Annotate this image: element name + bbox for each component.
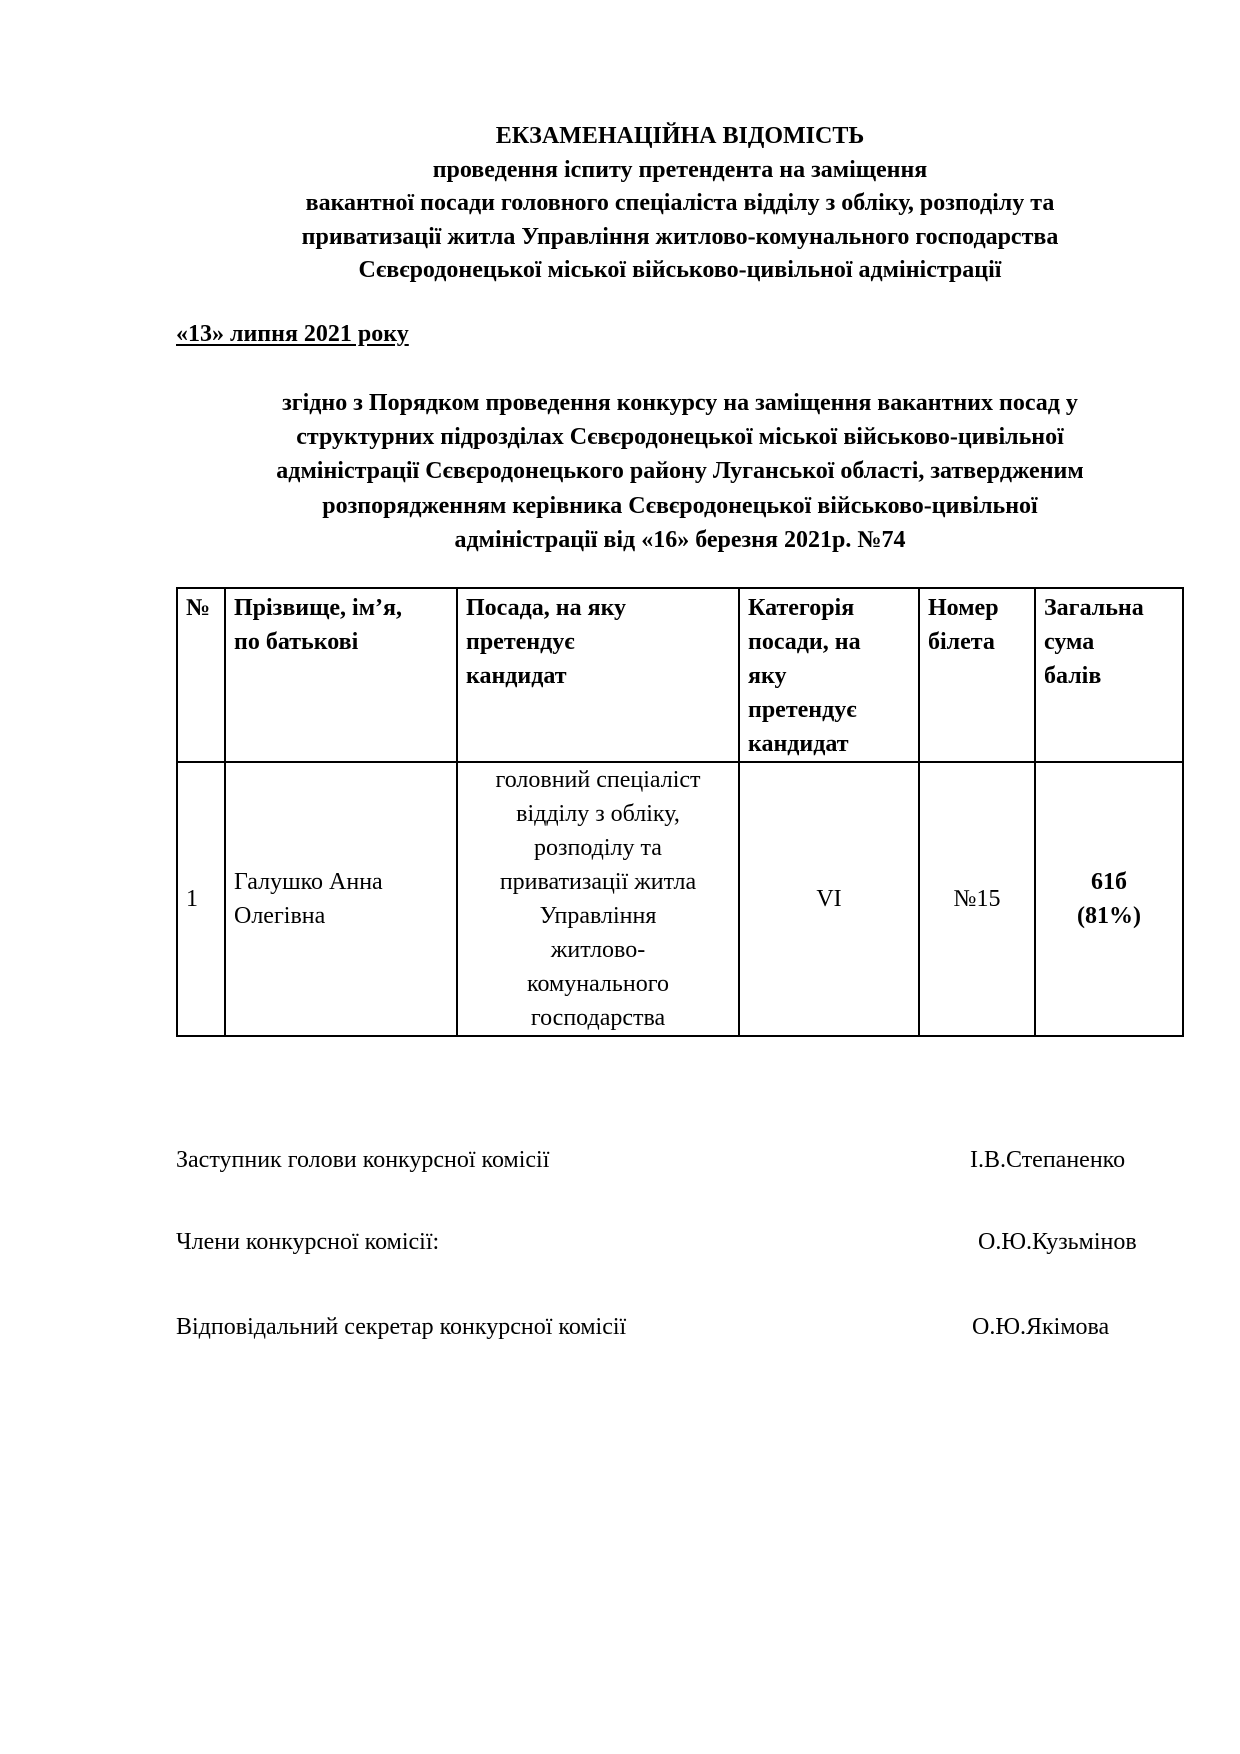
title-heading: ЕКЗАМЕНАЦІЙНА ВІДОМІСТЬ xyxy=(160,120,1200,154)
cell-text: приватизації житла xyxy=(466,865,730,899)
cell-position: головний спеціаліст відділу з обліку, ро… xyxy=(457,762,739,1036)
document-date: «13» липня 2021 року xyxy=(176,321,409,348)
basis-line: адміністрації Сєвєродонецького району Лу… xyxy=(160,454,1200,488)
cell-number: 1 xyxy=(177,762,225,1036)
cell-text: господарства xyxy=(466,1001,730,1035)
signature-name: І.В.Степаненко xyxy=(970,1147,1125,1174)
cell-full-name: Галушко Анна Олегівна xyxy=(225,762,457,1036)
header-total-score: Загальна сума балів xyxy=(1035,588,1183,762)
basis-line: згідно з Порядком проведення конкурсу на… xyxy=(160,386,1200,420)
basis-line: структурних підрозділах Сєвєродонецької … xyxy=(160,420,1200,454)
title-line: вакантної посади головного спеціаліста в… xyxy=(160,187,1200,221)
signature-role: Заступник голови конкурсної комісії xyxy=(176,1147,549,1174)
header-text: кандидат xyxy=(748,727,910,761)
header-text: сума xyxy=(1044,625,1174,659)
title-line: приватизації житла Управління житлово-ко… xyxy=(160,221,1200,255)
cell-text: (81%) xyxy=(1044,899,1174,933)
header-ticket: Номер білета xyxy=(919,588,1035,762)
cell-total-score: 61б (81%) xyxy=(1035,762,1183,1036)
cell-text: відділу з обліку, xyxy=(466,797,730,831)
cell-text: головний спеціаліст xyxy=(466,763,730,797)
signature-role: Члени конкурсної комісії: xyxy=(176,1229,439,1256)
table-header-row: № Прізвище, ім’я, по батькові Посада, на… xyxy=(177,588,1183,762)
header-text: посади, на xyxy=(748,625,910,659)
header-text: Загальна xyxy=(1044,591,1174,625)
cell-text: Галушко Анна xyxy=(234,865,448,899)
document-title: ЕКЗАМЕНАЦІЙНА ВІДОМІСТЬ проведення іспит… xyxy=(160,120,1200,288)
header-text: яку xyxy=(748,659,910,693)
title-line: проведення іспиту претендента на заміщен… xyxy=(160,154,1200,188)
cell-category: VI xyxy=(739,762,919,1036)
cell-text: житлово- xyxy=(466,933,730,967)
header-text: кандидат xyxy=(466,659,730,693)
header-text: претендує xyxy=(748,693,910,727)
results-table: № Прізвище, ім’я, по батькові Посада, на… xyxy=(176,587,1184,1037)
header-text: претендує xyxy=(466,625,730,659)
header-position: Посада, на яку претендує кандидат xyxy=(457,588,739,762)
header-text: білета xyxy=(928,625,1026,659)
table-row: 1 Галушко Анна Олегівна головний спеціал… xyxy=(177,762,1183,1036)
header-text: № xyxy=(186,591,216,625)
legal-basis: згідно з Порядком проведення конкурсу на… xyxy=(160,386,1200,557)
header-category: Категорія посади, на яку претендує канди… xyxy=(739,588,919,762)
header-full-name: Прізвище, ім’я, по батькові xyxy=(225,588,457,762)
title-line: Сєвєродонецької міської військово-цивіль… xyxy=(160,254,1200,288)
basis-line: розпорядженням керівника Сєвєродонецької… xyxy=(160,489,1200,523)
signature-name: О.Ю.Якімова xyxy=(972,1314,1109,1341)
header-number: № xyxy=(177,588,225,762)
header-text: по батькові xyxy=(234,625,448,659)
cell-text: розподілу та xyxy=(466,831,730,865)
cell-ticket: №15 xyxy=(919,762,1035,1036)
cell-text: 61б xyxy=(1044,865,1174,899)
header-text: Прізвище, ім’я, xyxy=(234,591,448,625)
basis-line: адміністрації від «16» березня 2021р. №7… xyxy=(160,523,1200,557)
header-text: Номер xyxy=(928,591,1026,625)
header-text: Посада, на яку xyxy=(466,591,730,625)
signature-role: Відповідальний секретар конкурсної коміс… xyxy=(176,1314,626,1341)
cell-text: комунального xyxy=(466,967,730,1001)
header-text: балів xyxy=(1044,659,1174,693)
header-text: Категорія xyxy=(748,591,910,625)
cell-text: Управління xyxy=(466,899,730,933)
cell-text: Олегівна xyxy=(234,899,448,933)
signature-name: О.Ю.Кузьмінов xyxy=(978,1229,1137,1256)
